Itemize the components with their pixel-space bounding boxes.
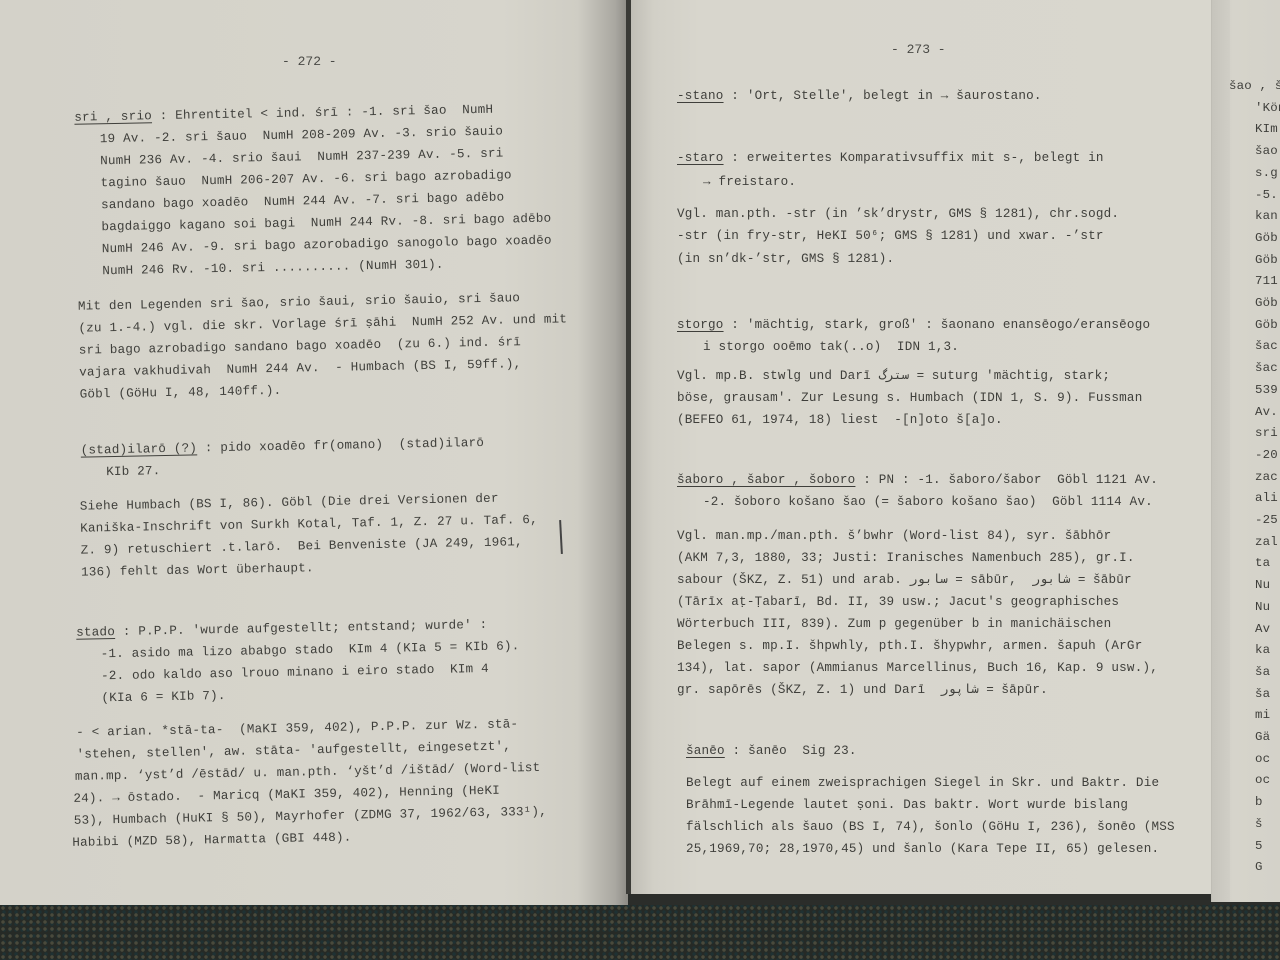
left-page: - 272 - sri , srio : Ehrentitel < ind. ś…: [0, 0, 628, 912]
entry-text-line: Siehe Humbach (BS I, 86). Göbl (Die drei…: [80, 493, 499, 514]
entry-text-line: NumH 236 Av. -4. srio šaui NumH 237-239 …: [100, 147, 504, 167]
entry-text-line: man.mp. ‘yst’d /ēstād/ u. man.pth. ‘yšt’…: [75, 762, 541, 784]
next-page-fragments: šao , š'KönKImšaos.g-5.kanGöbGöb711GöbGö…: [1212, 0, 1280, 902]
entry-text-line: - < arian. *stā-ta- (MaKI 359, 402), P.P…: [76, 718, 518, 739]
fragment-line: -20: [1255, 449, 1278, 461]
fragment-line: šac: [1255, 362, 1278, 374]
entry-text-line: → freistaro.: [703, 176, 796, 189]
right-page-text: -stano : 'Ort, Stelle', belegt in → šaur…: [631, 0, 1211, 894]
entry-text-line: sri bago azrobadigo sandano bago xoadēo …: [79, 336, 521, 357]
entry-text-line: vajara vakhudivah NumH 244 Av. - Humbach…: [79, 358, 521, 379]
entry-text-line: Wörterbuch III, 839). Zum p gegenüber b …: [677, 618, 1111, 631]
fragment-line: ka: [1255, 644, 1270, 656]
left-page-text: sri , srio : Ehrentitel < ind. śrī : -1.…: [0, 0, 643, 901]
fragment-line: Gä: [1255, 731, 1270, 743]
fragment-line: oc: [1255, 774, 1270, 786]
entry-text-line: (Tārīx aṭ-Ṭabarī, Bd. II, 39 usw.; Jacut…: [677, 596, 1119, 609]
entry-text-line: 136) fehlt das Wort überhaupt.: [81, 562, 314, 579]
entry-text-line: Z. 9) retuschiert .t.larō. Bei Benvenist…: [81, 536, 523, 557]
entry-headword-line: (stad)ilarō (?) : pido xoadēo fr(omano) …: [81, 437, 485, 457]
fragment-line: KIm: [1255, 123, 1278, 135]
entry-text-line: KIb 27.: [106, 465, 161, 479]
entry-text-line: -1. asido ma lizo ababgo stado KIm 4 (KI…: [101, 640, 520, 661]
entry-text-line: Brāhmī-Legende lautet ṣoni. Das baktr. W…: [686, 799, 1128, 812]
fragment-line: Göb: [1255, 232, 1278, 244]
fragment-line: 711: [1255, 275, 1278, 287]
headword: stado: [76, 625, 115, 640]
entry-text-line: 19 Av. -2. sri šauo NumH 208-209 Av. -3.…: [100, 126, 504, 146]
entry-text-line: Vgl. man.pth. -str (in ’sk’drystr, GMS §…: [677, 208, 1119, 221]
entry-text-line: i storgo ooēmo tak(..o) IDN 1,3.: [703, 341, 959, 354]
fragment-line: šao: [1255, 145, 1278, 157]
fragment-line: Göb: [1255, 319, 1278, 331]
fragment-line: oc: [1255, 753, 1270, 765]
fragment-line: ša: [1255, 666, 1270, 678]
headword: storgo: [677, 318, 724, 332]
fragment-line: ali: [1255, 492, 1278, 504]
entry-text-line: (in sn’dk-’str, GMS § 1281).: [677, 253, 894, 266]
entry-text-line: gr. sapōrēs (ŠKZ, Z. 1) und Darī شاپور =…: [677, 684, 1048, 697]
fragment-line: šao , š: [1229, 80, 1280, 92]
entry-text-line: sabour (ŠKZ, Z. 51) und arab. سابور = sā…: [677, 574, 1132, 587]
fragment-line: Göb: [1255, 297, 1278, 309]
entry-text-line: Habibi (MZD 58), Harmatta (GBI 448).: [72, 832, 351, 850]
entry-headword-line: -staro : erweitertes Komparativsuffix mi…: [677, 152, 1104, 165]
entry-headword-line: sri , srio : Ehrentitel < ind. śrī : -1.…: [74, 104, 493, 125]
entry-text-line: böse, grausam'. Zur Lesung s. Humbach (I…: [677, 392, 1142, 405]
entry-text-line: tagino šauo NumH 206-207 Av. -6. sri bag…: [100, 169, 511, 189]
entry-text-line: (KIa 6 = KIb 7).: [101, 690, 225, 705]
fragment-line: -5.: [1255, 189, 1278, 201]
entry-text-line: -2. šoboro košano šao (= šaboro košano š…: [703, 496, 1153, 509]
headword: -staro: [677, 151, 724, 165]
fragment-line: mi: [1255, 709, 1270, 721]
entry-text-line: (zu 1.-4.) vgl. die skr. Vorlage śrī ṣāh…: [78, 313, 567, 335]
headword: -stano: [677, 89, 724, 103]
fragment-line: ta: [1255, 557, 1270, 569]
entry-text-line: 'stehen, stellen', aw. stāta- 'aufgestel…: [76, 740, 511, 761]
fragment-line: 5: [1255, 840, 1263, 852]
fragment-line: Av.: [1255, 406, 1278, 418]
entry-text-line: Belegt auf einem zweisprachigen Siegel i…: [686, 777, 1159, 790]
fragment-line: š: [1255, 818, 1263, 830]
entry-headword-line: storgo : 'mächtig, stark, groß' : šaonan…: [677, 319, 1150, 332]
entry-text-line: -2. odo kaldo aso lrouo minano i eiro st…: [101, 663, 489, 683]
entry-text-line: Kaniška-Inschrift von Surkh Kotal, Taf. …: [80, 514, 538, 535]
entry-text-line: Göbl (GöHu I, 48, 140ff.).: [80, 385, 282, 401]
headword: šanēo: [686, 744, 725, 758]
fragment-line: sri: [1255, 427, 1278, 439]
fragment-line: b: [1255, 796, 1263, 808]
entry-text-line: 134), lat. sapor (Ammianus Marcellinus, …: [677, 662, 1158, 675]
entry-text-line: (AKM 7,3, 1880, 33; Justi: Iranisches Na…: [677, 552, 1135, 565]
headword: (stad)ilarō (?): [81, 441, 198, 457]
entry-headword-line: šaboro , šabor , šoboro : PN : -1. šabor…: [677, 474, 1158, 487]
fragment-line: Göb: [1255, 254, 1278, 266]
fragment-line: ša: [1255, 688, 1270, 700]
fragment-line: 539: [1255, 384, 1278, 396]
fragment-line: šac: [1255, 340, 1278, 352]
entry-text-line: (BEFEO 61, 1974, 18) liest -[n]oto š[a]o…: [677, 414, 1003, 427]
fragment-line: zal: [1255, 536, 1278, 548]
entry-headword-line: stado : P.P.P. 'wurde aufgestellt; entst…: [76, 619, 487, 639]
entry-text-line: sandano bago xoadēo NumH 244 Av. -7. sri…: [101, 191, 505, 211]
fragment-line: G: [1255, 861, 1263, 873]
entry-text-line: 24). → ōstado. - Maricq (MaKI 359, 402),…: [73, 785, 500, 806]
entry-text-line: 25,1969,70; 28,1970,45) und šanlo (Kara …: [686, 843, 1159, 856]
entry-text-line: -str (in fry-str, HeKI 50⁶; GMS § 1281) …: [677, 230, 1104, 243]
fragment-line: Av: [1255, 623, 1270, 635]
headword: sri , srio: [74, 109, 152, 124]
right-page: - 273 - -stano : 'Ort, Stelle', belegt i…: [631, 0, 1211, 894]
entry-text-line: Mit den Legenden sri šao, srio šaui, sri…: [78, 292, 520, 313]
entry-headword-line: šanēo : šanēo Sig 23.: [686, 745, 857, 758]
entry-text-line: bagdaiggo kagano soi bagi NumH 244 Rv. -…: [101, 213, 551, 234]
entry-text-line: fälschlich als šauo (BS I, 74), šonlo (G…: [686, 821, 1175, 834]
fragment-line: s.g: [1255, 167, 1278, 179]
fragment-line: Nu: [1255, 601, 1270, 613]
fragment-line: zac: [1255, 471, 1278, 483]
entry-text-line: NumH 246 Rv. -10. sri .......... (NumH 3…: [102, 259, 444, 278]
entry-text-line: Belegen s. mp.I. šhpwhly, pth.I. šhypwhr…: [677, 640, 1142, 653]
fragment-line: -25: [1255, 514, 1278, 526]
entry-text-line: 53), Humbach (HuKI § 50), Mayrhofer (ZDM…: [74, 806, 547, 828]
fragment-line: Nu: [1255, 579, 1270, 591]
fragment-line: kan: [1255, 210, 1278, 222]
carpet-background: [0, 905, 1280, 960]
fragment-line: 'Kön: [1255, 102, 1280, 114]
entry-text-line: Vgl. mp.B. stwlg und Darī سترگ = suturg …: [677, 370, 1110, 383]
headword: šaboro , šabor , šoboro: [677, 473, 855, 487]
entry-text-line: Vgl. man.mp./man.pth. š’bwhr (Word-list …: [677, 530, 1111, 543]
entry-headword-line: -stano : 'Ort, Stelle', belegt in → šaur…: [677, 90, 1042, 103]
next-page-edge: šao , š'KönKImšaos.g-5.kanGöbGöb711GöbGö…: [1211, 0, 1280, 902]
entry-text-line: NumH 246 Av. -9. sri bago azorobadigo sa…: [102, 235, 552, 256]
